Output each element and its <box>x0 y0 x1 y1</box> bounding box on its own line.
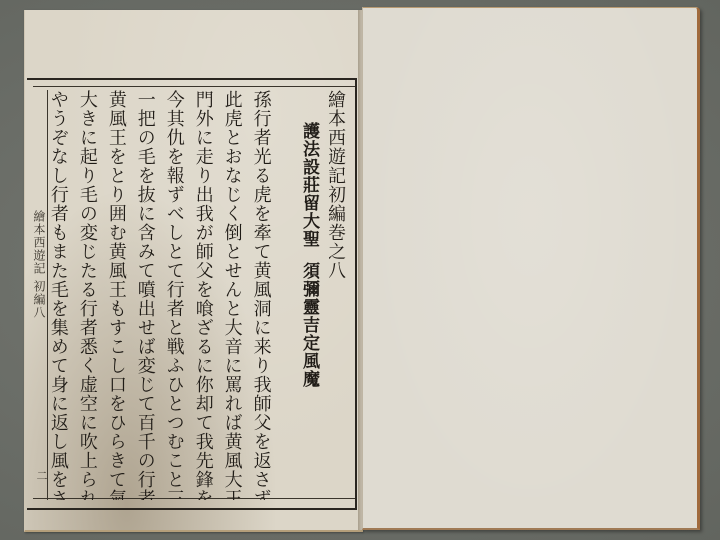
body-column: 一把の毛を抜に含みて噴出せば変じて百千の行者となり八方より <box>136 90 165 500</box>
margin-page-number: 二 <box>33 470 49 481</box>
hanshin-margin: 繪本西遊記 初編八 二 <box>27 90 48 500</box>
volume-title: 繪本西遊記初編巻之八 <box>329 90 355 500</box>
right-page-blank <box>362 7 700 530</box>
body-column: やうぞなし行者もまた毛を集めて身に返し風をさけて雲を <box>49 90 78 500</box>
left-page: 繪本西遊記 初編八 二 繪本西遊記初編巻之八 護法設莊留大聖 須彌靈吉定風魔 孫… <box>24 10 363 532</box>
body-column: 今其仇を報ずべしとて行者と戦ふひとつむこと三十余合行者 <box>165 90 194 500</box>
body-column: 大きに起り毛の変じたる行者悉く虚空に吹上られ星のるなど <box>78 90 107 500</box>
body-column: 門外に走り出我が師父を喰ざるに你却て我先鋒を打殺せり <box>194 90 223 500</box>
chapter-heading-1: 護法設莊留大聖 <box>285 90 329 248</box>
text-columns: 繪本西遊記初編巻之八 護法設莊留大聖 須彌靈吉定風魔 孫行者光る虎を牽て黄風洞に… <box>49 90 355 500</box>
body-column: 孫行者光る虎を牽て黄風洞に来り我師父を返さずんば <box>252 90 281 500</box>
margin-label: 繪本西遊記 初編八 <box>31 210 48 319</box>
body-column: 此虎とおなじく倒とせんと大音に罵れば黄風大王三股鋼叉を提げ <box>223 90 252 500</box>
chapter-headings: 護法設莊留大聖 須彌靈吉定風魔 <box>285 90 329 500</box>
frame-rule-top <box>33 86 355 87</box>
body-column: 黄風王をとり囲む黄風王もすこし口をひらきて氣を吐ば忽ち黄風 <box>107 90 136 500</box>
chapter-heading-2: 須彌靈吉定風魔 <box>285 248 329 388</box>
